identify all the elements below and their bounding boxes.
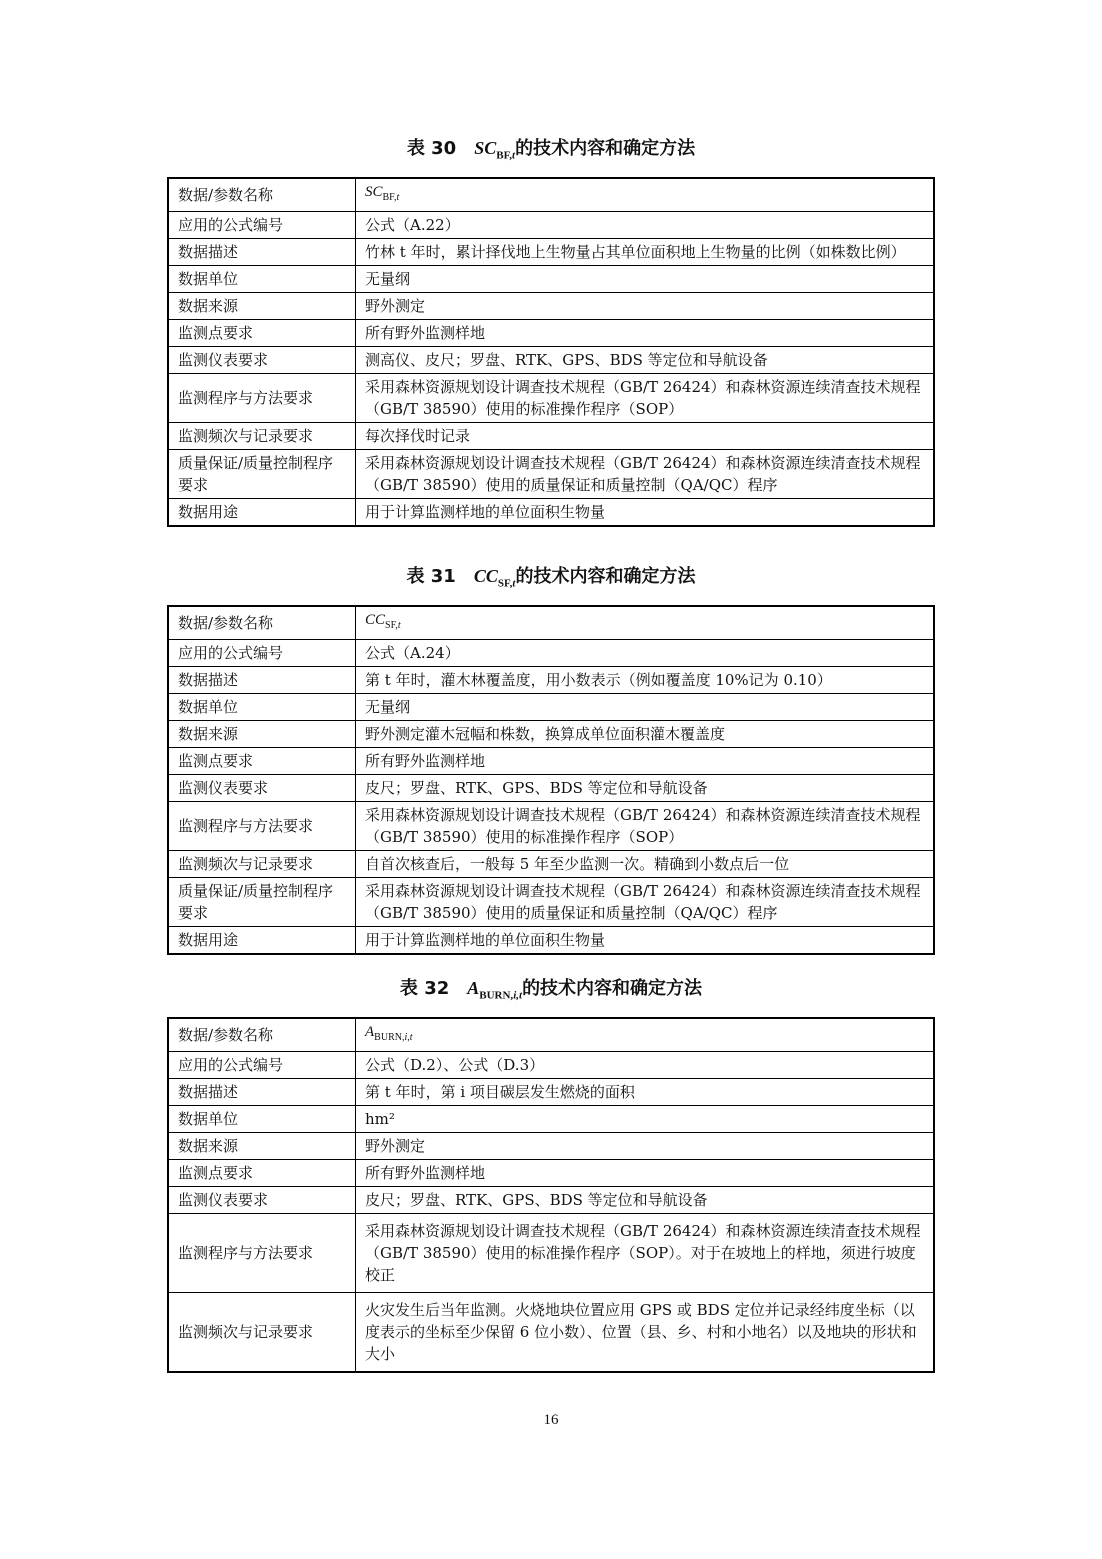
- table-row: 数据来源野外测定灌木冠幅和株数，换算成单位面积灌木覆盖度: [168, 721, 934, 748]
- row-key: 监测频次与记录要求: [168, 423, 356, 450]
- table-row: 数据单位无量纲: [168, 694, 934, 721]
- row-key: 监测频次与记录要求: [168, 851, 356, 878]
- table-row: 质量保证/质量控制程序要求采用森林资源规划设计调查技术规程（GB/T 26424…: [168, 878, 934, 927]
- table-row: 数据用途用于计算监测样地的单位面积生物量: [168, 499, 934, 527]
- table-row: 数据来源野外测定: [168, 1133, 934, 1160]
- row-key: 数据来源: [168, 1133, 356, 1160]
- caption-suffix: 的技术内容和确定方法: [515, 138, 695, 159]
- row-key: 数据单位: [168, 694, 356, 721]
- row-value: 无量纲: [356, 266, 935, 293]
- row-key: 监测程序与方法要求: [168, 802, 356, 851]
- row-key: 应用的公式编号: [168, 640, 356, 667]
- param-symbol: CCSF,t: [356, 606, 935, 640]
- caption-symbol: ABURN,i,t: [467, 978, 522, 998]
- row-key: 数据描述: [168, 239, 356, 266]
- table-row: 数据单位hm²: [168, 1106, 934, 1133]
- row-key: 监测仪表要求: [168, 775, 356, 802]
- caption-suffix: 的技术内容和确定方法: [522, 978, 702, 999]
- row-value: 皮尺；罗盘、RTK、GPS、BDS 等定位和导航设备: [356, 1187, 935, 1214]
- table-row: 数据单位无量纲: [168, 266, 934, 293]
- row-value: 采用森林资源规划设计调查技术规程（GB/T 26424）和森林资源连续清查技术规…: [356, 1214, 935, 1293]
- row-key: 监测程序与方法要求: [168, 374, 356, 423]
- row-value: 用于计算监测样地的单位面积生物量: [356, 499, 935, 527]
- table-row: 应用的公式编号公式（D.2）、公式（D.3）: [168, 1052, 934, 1079]
- table-31: 数据/参数名称CCSF,t 应用的公式编号公式（A.24） 数据描述第 t 年时…: [167, 605, 935, 955]
- row-key: 数据用途: [168, 927, 356, 955]
- row-key: 监测点要求: [168, 748, 356, 775]
- row-value: 采用森林资源规划设计调查技术规程（GB/T 26424）和森林资源连续清查技术规…: [356, 450, 935, 499]
- row-value: 采用森林资源规划设计调查技术规程（GB/T 26424）和森林资源连续清查技术规…: [356, 374, 935, 423]
- table-30: 数据/参数名称SCBF,t 应用的公式编号公式（A.22） 数据描述竹林 t 年…: [167, 177, 935, 527]
- page-number: 16: [0, 1412, 1102, 1429]
- row-value: 采用森林资源规划设计调查技术规程（GB/T 26424）和森林资源连续清查技术规…: [356, 878, 935, 927]
- param-symbol: SCBF,t: [356, 178, 935, 212]
- row-value: 火灾发生后当年监测。火烧地块位置应用 GPS 或 BDS 定位并记录经纬度坐标（…: [356, 1293, 935, 1373]
- row-key: 数据描述: [168, 667, 356, 694]
- row-value: 测高仪、皮尺；罗盘、RTK、GPS、BDS 等定位和导航设备: [356, 347, 935, 374]
- caption-symbol: SCBF,t: [474, 138, 515, 158]
- caption-symbol: CCSF,t: [474, 566, 516, 586]
- row-value: 每次择伐时记录: [356, 423, 935, 450]
- row-key: 应用的公式编号: [168, 212, 356, 239]
- row-key: 质量保证/质量控制程序要求: [168, 878, 356, 927]
- row-key: 数据/参数名称: [168, 1018, 356, 1052]
- row-value: 所有野外监测样地: [356, 320, 935, 347]
- table-30-caption: 表 30SCBF,t的技术内容和确定方法: [0, 136, 1102, 168]
- table-row: 监测程序与方法要求采用森林资源规划设计调查技术规程（GB/T 26424）和森林…: [168, 1214, 934, 1293]
- table-row: 监测仪表要求测高仪、皮尺；罗盘、RTK、GPS、BDS 等定位和导航设备: [168, 347, 934, 374]
- table-row: 监测频次与记录要求每次择伐时记录: [168, 423, 934, 450]
- row-value: hm²: [356, 1106, 935, 1133]
- row-key: 监测点要求: [168, 320, 356, 347]
- table-row: 监测点要求所有野外监测样地: [168, 1160, 934, 1187]
- table-32: 数据/参数名称ABURN,i,t 应用的公式编号公式（D.2）、公式（D.3） …: [167, 1017, 935, 1373]
- row-value: 用于计算监测样地的单位面积生物量: [356, 927, 935, 955]
- row-value: 自首次核查后，一般每 5 年至少监测一次。精确到小数点后一位: [356, 851, 935, 878]
- table-row: 质量保证/质量控制程序要求采用森林资源规划设计调查技术规程（GB/T 26424…: [168, 450, 934, 499]
- table-row: 监测点要求所有野外监测样地: [168, 748, 934, 775]
- row-key: 监测仪表要求: [168, 347, 356, 374]
- caption-prefix: 表 32: [400, 978, 449, 999]
- row-key: 质量保证/质量控制程序要求: [168, 450, 356, 499]
- table-row: 应用的公式编号公式（A.22）: [168, 212, 934, 239]
- table-row: 数据/参数名称CCSF,t: [168, 606, 934, 640]
- row-value: 所有野外监测样地: [356, 748, 935, 775]
- caption-prefix: 表 30: [407, 138, 456, 159]
- row-key: 数据/参数名称: [168, 606, 356, 640]
- table-row: 应用的公式编号公式（A.24）: [168, 640, 934, 667]
- row-value: 采用森林资源规划设计调查技术规程（GB/T 26424）和森林资源连续清查技术规…: [356, 802, 935, 851]
- row-key: 数据描述: [168, 1079, 356, 1106]
- row-value: 公式（A.24）: [356, 640, 935, 667]
- row-key: 数据来源: [168, 293, 356, 320]
- table-row: 数据用途用于计算监测样地的单位面积生物量: [168, 927, 934, 955]
- table-row: 监测点要求所有野外监测样地: [168, 320, 934, 347]
- row-key: 数据来源: [168, 721, 356, 748]
- table-row: 监测程序与方法要求采用森林资源规划设计调查技术规程（GB/T 26424）和森林…: [168, 374, 934, 423]
- row-value: 野外测定: [356, 1133, 935, 1160]
- table-row: 数据描述竹林 t 年时，累计择伐地上生物量占其单位面积地上生物量的比例（如株数比…: [168, 239, 934, 266]
- table-row: 数据/参数名称ABURN,i,t: [168, 1018, 934, 1052]
- row-value: 第 t 年时，第 i 项目碳层发生燃烧的面积: [356, 1079, 935, 1106]
- row-value: 所有野外监测样地: [356, 1160, 935, 1187]
- caption-suffix: 的技术内容和确定方法: [515, 566, 695, 587]
- row-key: 数据单位: [168, 1106, 356, 1133]
- row-value: 竹林 t 年时，累计择伐地上生物量占其单位面积地上生物量的比例（如株数比例）: [356, 239, 935, 266]
- table-row: 监测频次与记录要求火灾发生后当年监测。火烧地块位置应用 GPS 或 BDS 定位…: [168, 1293, 934, 1373]
- row-key: 应用的公式编号: [168, 1052, 356, 1079]
- row-key: 数据用途: [168, 499, 356, 527]
- row-value: 第 t 年时，灌木林覆盖度，用小数表示（例如覆盖度 10%记为 0.10）: [356, 667, 935, 694]
- table-row: 监测程序与方法要求采用森林资源规划设计调查技术规程（GB/T 26424）和森林…: [168, 802, 934, 851]
- row-key: 数据/参数名称: [168, 178, 356, 212]
- table-row: 监测仪表要求皮尺；罗盘、RTK、GPS、BDS 等定位和导航设备: [168, 1187, 934, 1214]
- row-value: 公式（D.2）、公式（D.3）: [356, 1052, 935, 1079]
- table-row: 数据/参数名称SCBF,t: [168, 178, 934, 212]
- table-32-caption: 表 32ABURN,i,t的技术内容和确定方法: [0, 976, 1102, 1008]
- row-key: 监测频次与记录要求: [168, 1293, 356, 1373]
- row-value: 野外测定: [356, 293, 935, 320]
- row-key: 数据单位: [168, 266, 356, 293]
- param-symbol: ABURN,i,t: [356, 1018, 935, 1052]
- row-value: 无量纲: [356, 694, 935, 721]
- table-row: 数据描述第 t 年时，第 i 项目碳层发生燃烧的面积: [168, 1079, 934, 1106]
- table-row: 数据描述第 t 年时，灌木林覆盖度，用小数表示（例如覆盖度 10%记为 0.10…: [168, 667, 934, 694]
- row-value: 公式（A.22）: [356, 212, 935, 239]
- row-key: 监测程序与方法要求: [168, 1214, 356, 1293]
- table-row: 监测频次与记录要求自首次核查后，一般每 5 年至少监测一次。精确到小数点后一位: [168, 851, 934, 878]
- row-value: 皮尺；罗盘、RTK、GPS、BDS 等定位和导航设备: [356, 775, 935, 802]
- table-row: 数据来源野外测定: [168, 293, 934, 320]
- caption-prefix: 表 31: [407, 566, 456, 587]
- table-row: 监测仪表要求皮尺；罗盘、RTK、GPS、BDS 等定位和导航设备: [168, 775, 934, 802]
- row-key: 监测点要求: [168, 1160, 356, 1187]
- row-key: 监测仪表要求: [168, 1187, 356, 1214]
- table-31-caption: 表 31CCSF,t的技术内容和确定方法: [0, 564, 1102, 596]
- row-value: 野外测定灌木冠幅和株数，换算成单位面积灌木覆盖度: [356, 721, 935, 748]
